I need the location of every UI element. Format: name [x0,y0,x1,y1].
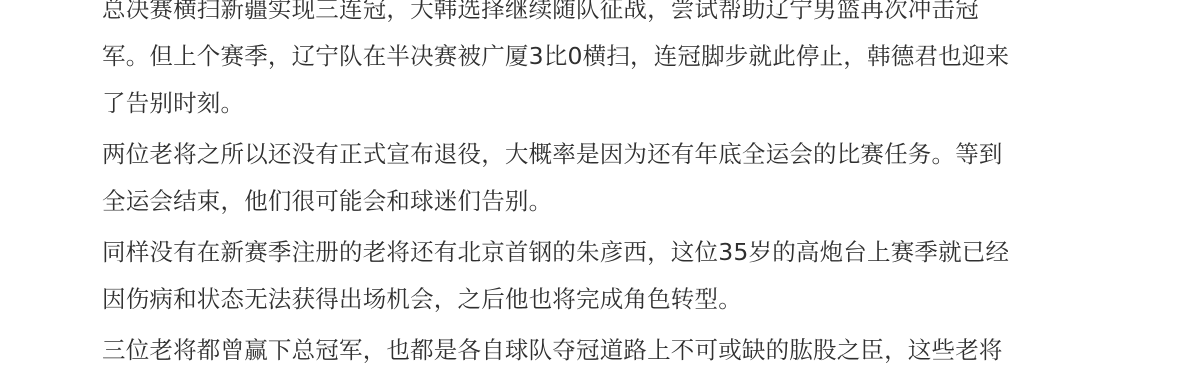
text-line: 了告别时刻。 [102,80,1182,127]
text-line: 因伤病和状态无法获得出场机会，之后他也将完成角色转型。 [102,276,1182,323]
paragraph: 两位老将之所以还没有正式宣布退役，大概率是因为还有年底全运会的比赛任务。等到 全… [102,131,1182,225]
paragraph: 总决赛横扫新疆实现三连冠，大韩选择继续随队征战，尝试帮助辽宁男篮再次冲击冠 军。… [102,0,1182,127]
text-line: 三位老将都曾赢下总冠军，也都是各自球队夺冠道路上不可或缺的肱股之臣，这些老将 [102,327,1182,374]
text-line: 全运会结束，他们很可能会和球迷们告别。 [102,178,1182,225]
article-body: 总决赛横扫新疆实现三连冠，大韩选择继续随队征战，尝试帮助辽宁男篮再次冲击冠 军。… [102,0,1182,376]
paragraph: 同样没有在新赛季注册的老将还有北京首钢的朱彦西，这位35岁的高炮台上赛季就已经 … [102,229,1182,323]
text-line: 同样没有在新赛季注册的老将还有北京首钢的朱彦西，这位35岁的高炮台上赛季就已经 [102,229,1182,276]
text-line: 总决赛横扫新疆实现三连冠，大韩选择继续随队征战，尝试帮助辽宁男篮再次冲击冠 [102,0,1182,33]
text-line: 军。但上个赛季，辽宁队在半决赛被广厦3比0横扫，连冠脚步就此停止，韩德君也迎来 [102,33,1182,80]
paragraph: 三位老将都曾赢下总冠军，也都是各自球队夺冠道路上不可或缺的肱股之臣，这些老将 [102,327,1182,374]
text-line: 两位老将之所以还没有正式宣布退役，大概率是因为还有年底全运会的比赛任务。等到 [102,131,1182,178]
